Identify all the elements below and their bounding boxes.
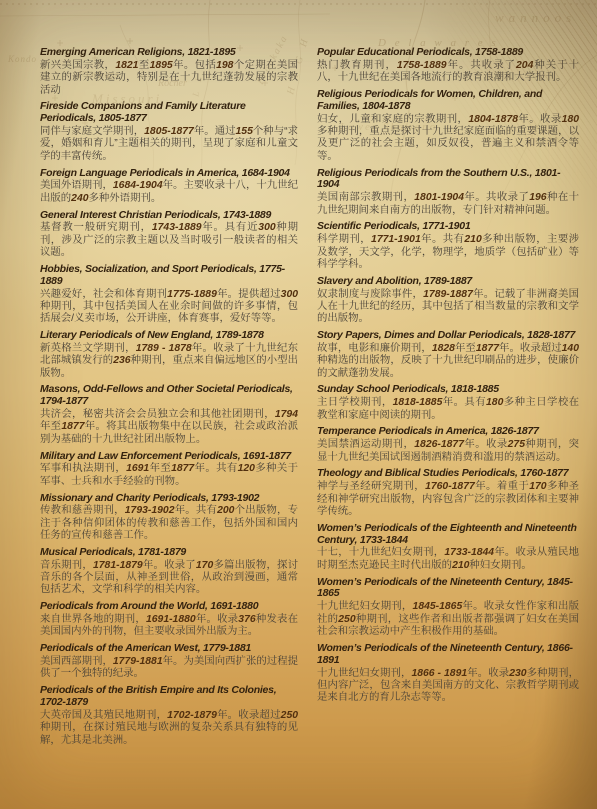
entry-description: 美国外语期刊，1684-1904年。主要收录十八，十九世纪出版的240多种外语期… — [40, 180, 298, 205]
entry-title: Popular Educational Periodicals, 1758-18… — [317, 47, 579, 59]
entry-title: Emerging American Religions, 1821-1895 — [40, 47, 298, 59]
entry-description: 十九世纪妇女期刊，1866 - 1891年。收录230多种期刊，但内容广泛，包含… — [317, 668, 579, 705]
entry-description: 十九世纪妇女期刊，1845-1865年。收录女性作家和出版社的250种期刊，这些… — [317, 601, 579, 638]
periodical-entry: Temperance Periodicals in America, 1826-… — [317, 426, 579, 464]
periodical-entry: Periodicals from Around the World, 1691-… — [40, 601, 298, 639]
entry-title: Sunday School Periodicals, 1818-1885 — [317, 384, 579, 396]
periodical-entry: Scientific Periodicals, 1771-1901科学期刊，17… — [317, 221, 579, 271]
entry-title: Literary Periodicals of New England, 178… — [40, 330, 298, 342]
entry-title: Military and Law Enforcement Periodicals… — [40, 451, 298, 463]
periodical-entry: Missionary and Charity Periodicals, 1793… — [40, 493, 298, 543]
entry-title: Foreign Language Periodicals in America,… — [40, 168, 298, 180]
entry-description: 主日学校期刊，1818-1885年。具有180多种主日学校在教堂和家庭中阅读的期… — [317, 397, 579, 422]
periodical-entry: Religious Periodicals from the Southern … — [317, 168, 579, 217]
column-right: Popular Educational Periodicals, 1758-18… — [317, 47, 579, 751]
entry-title: Story Papers, Dimes and Dollar Periodica… — [317, 330, 579, 342]
entry-description: 新英格兰文学期刊，1789 - 1878年。收录了十九世纪东北部城镇发行的236… — [40, 343, 298, 380]
periodical-entry: Women’s Periodicals of the Nineteenth Ce… — [317, 643, 579, 705]
periodical-entry: Fireside Companions and Family Literatur… — [40, 101, 298, 163]
entry-description: 共济会，秘密共济会会员独立会和其他社团期刊，1794年至1877年。将其出版物集… — [40, 409, 298, 446]
entry-title: Periodicals from Around the World, 1691-… — [40, 601, 298, 613]
entry-description: 科学期刊，1771-1901年。共有210多种出版物，主要涉及数学，天文学，化学… — [317, 234, 579, 271]
entry-title: Religious Periodicals for Women, Childre… — [317, 89, 579, 113]
entry-description: 大英帝国及其殖民地期刊，1702-1879年。收录超过250种期刊，在探讨殖民地… — [40, 710, 298, 747]
entry-description: 基督教一般研究期刊，1743-1889年。具有近300种期刊，涉及广泛的宗教主题… — [40, 222, 298, 259]
entry-description: 神学与圣经研究期刊，1760-1877年。着重于170多种圣经和神学研究出版物，… — [317, 481, 579, 518]
periodical-entry: Religious Periodicals for Women, Childre… — [317, 89, 579, 163]
entry-description: 妇女，儿童和家庭的宗教期刊，1804-1878年。收录180多种期刊，重点是探讨… — [317, 114, 579, 163]
entry-description: 新兴美国宗教，1821至1895年。包括198个定期在美国建立的新宗教运动，特别… — [40, 60, 298, 97]
entry-title: Periodicals of the British Empire and It… — [40, 685, 298, 709]
page: { "colors": { "parchment_top": "#cfc29b"… — [0, 0, 597, 809]
periodical-entry: Hobbies, Socialization, and Sport Period… — [40, 264, 298, 326]
entry-title: Women’s Periodicals of the Eighteenth an… — [317, 523, 579, 547]
entry-description: 军事和执法期刊，1691年至1877年。共有120多种关于军事、士兵和水手经验的… — [40, 463, 298, 488]
periodical-list: Emerging American Religions, 1821-1895新兴… — [40, 47, 580, 751]
entry-description: 兴趣爱好，社会和体育期刊1775-1889年。提供超过300种期刊，其中包括美国… — [40, 289, 298, 326]
map-label-sawannoos: wannoos — [495, 10, 576, 25]
entry-title: General Interest Christian Periodicals, … — [40, 210, 298, 222]
periodical-entry: Literary Periodicals of New England, 178… — [40, 330, 298, 380]
entry-description: 同伴与家庭文学期刊，1805-1877年。通过155个种与“求爱，婚姻和育儿”主… — [40, 126, 298, 163]
entry-description: 传教和慈善期刊，1793-1902年。共有200个出版物，专注于各种信仰团体的传… — [40, 505, 298, 542]
entry-title: Musical Periodicals, 1781-1879 — [40, 547, 298, 559]
entry-title: Scientific Periodicals, 1771-1901 — [317, 221, 579, 233]
entry-title: Religious Periodicals from the Southern … — [317, 168, 579, 192]
entry-description: 音乐期刊，1781-1879年。收录了170多篇出版物，探讨音乐的各个层面，从神… — [40, 560, 298, 597]
periodical-entry: General Interest Christian Periodicals, … — [40, 210, 298, 260]
entry-description: 十七，十九世纪妇女期刊，1733-1844年。收录从殖民地时期至杰克逊民主时代出… — [317, 547, 579, 572]
entry-title: Periodicals of the American West, 1779-1… — [40, 643, 298, 655]
periodical-entry: Theology and Biblical Studies Periodical… — [317, 468, 579, 518]
entry-title: Fireside Companions and Family Literatur… — [40, 101, 298, 125]
periodical-entry: Slavery and Abolition, 1789-1887奴隶制度与废除事… — [317, 276, 579, 326]
entry-title: Missionary and Charity Periodicals, 1793… — [40, 493, 298, 505]
periodical-entry: Foreign Language Periodicals in America,… — [40, 168, 298, 206]
entry-description: 美国南部宗教期刊，1801-1904年。共收录了196种在十九世纪期间来自南方的… — [317, 192, 579, 217]
periodical-entry: Sunday School Periodicals, 1818-1885主日学校… — [317, 384, 579, 422]
entry-description: 美国禁酒运动期刊，1826-1877年。收录275种期刊，突显十九世纪美国试图遏… — [317, 439, 579, 464]
periodical-entry: Periodicals of the American West, 1779-1… — [40, 643, 298, 681]
column-left: Emerging American Religions, 1821-1895新兴… — [40, 47, 298, 751]
entry-description: 来自世界各地的期刊，1691-1880年。收录376种发表在美国国内外的刊物，但… — [40, 614, 298, 639]
periodical-entry: Women’s Periodicals of the Eighteenth an… — [317, 523, 579, 572]
periodical-entry: Women’s Periodicals of the Nineteenth Ce… — [317, 577, 579, 639]
entry-description: 热门教育期刊，1758-1889年。共收录了204种关于十八，十九世纪在美国各地… — [317, 60, 579, 85]
periodical-entry: Popular Educational Periodicals, 1758-18… — [317, 47, 579, 85]
entry-title: Temperance Periodicals in America, 1826-… — [317, 426, 579, 438]
entry-title: Women’s Periodicals of the Nineteenth Ce… — [317, 643, 579, 667]
periodical-entry: Story Papers, Dimes and Dollar Periodica… — [317, 330, 579, 380]
map-label-kondo: Kondo — [7, 54, 37, 64]
entry-title: Women’s Periodicals of the Nineteenth Ce… — [317, 577, 579, 601]
entry-description: 奴隶制度与废除事件，1789-1887年。记载了非洲裔美国人在十九世纪的经历，其… — [317, 289, 579, 326]
periodical-entry: Masons, Odd-Fellows and Other Societal P… — [40, 384, 298, 446]
entry-title: Theology and Biblical Studies Periodical… — [317, 468, 579, 480]
periodical-entry: Military and Law Enforcement Periodicals… — [40, 451, 298, 489]
periodical-entry: Periodicals of the British Empire and It… — [40, 685, 298, 747]
entry-description: 美国西部期刊，1779-1881年。为美国向西扩张的过程提供了一个独特的纪录。 — [40, 656, 298, 681]
entry-title: Masons, Odd-Fellows and Other Societal P… — [40, 384, 298, 408]
periodical-entry: Emerging American Religions, 1821-1895新兴… — [40, 47, 298, 97]
entry-title: Hobbies, Socialization, and Sport Period… — [40, 264, 298, 288]
entry-description: 故事，电影和廉价期刊，1828年至1877年。收录超过140种精选的出版物，反映… — [317, 343, 579, 380]
periodical-entry: Musical Periodicals, 1781-1879音乐期刊，1781-… — [40, 547, 298, 597]
entry-title: Slavery and Abolition, 1789-1887 — [317, 276, 579, 288]
